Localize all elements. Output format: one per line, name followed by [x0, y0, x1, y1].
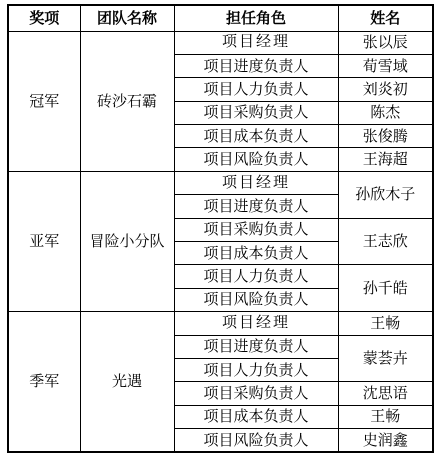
header-cell: 奖项: [8, 5, 80, 31]
table-header: 奖项团队名称担任角色姓名: [8, 5, 433, 31]
name-cell: 孙千皓: [338, 265, 433, 312]
role-cell: 项目成本负责人: [174, 125, 338, 148]
table-row: 季军光遇项目经理王畅: [8, 312, 433, 335]
award-cell: 亚军: [8, 171, 80, 311]
role-cell: 项目人力负责人: [174, 265, 338, 288]
role-cell: 项目成本负责人: [174, 242, 338, 265]
role-cell: 项目进度负责人: [174, 335, 338, 358]
role-cell: 项目人力负责人: [174, 78, 338, 101]
name-cell: 沈思语: [338, 382, 433, 405]
awards-table: 奖项团队名称担任角色姓名 冠军砖沙石霸项目经理张以辰项目进度负责人荀雪域项目人力…: [7, 4, 434, 453]
name-cell: 孙欣木子: [338, 171, 433, 218]
table-body: 冠军砖沙石霸项目经理张以辰项目进度负责人荀雪域项目人力负责人刘炎初项目采购负责人…: [8, 31, 433, 452]
name-cell: 蒙荟卉: [338, 335, 433, 382]
role-cell: 项目人力负责人: [174, 358, 338, 381]
table-row: 冠军砖沙石霸项目经理张以辰: [8, 31, 433, 54]
role-cell: 项目风险负责人: [174, 148, 338, 171]
role-cell-manager: 项目经理: [174, 312, 338, 335]
name-cell: 陈杰: [338, 101, 433, 124]
table-row: 亚军冒险小分队项目经理孙欣木子: [8, 171, 433, 194]
name-cell: 王畅: [338, 312, 433, 335]
header-cell: 担任角色: [174, 5, 338, 31]
team-cell: 砖沙石霸: [80, 31, 174, 171]
award-cell: 冠军: [8, 31, 80, 171]
team-cell: 冒险小分队: [80, 171, 174, 311]
name-cell: 王畅: [338, 405, 433, 428]
role-cell-manager: 项目经理: [174, 31, 338, 54]
role-cell: 项目进度负责人: [174, 195, 338, 218]
role-cell: 项目采购负责人: [174, 101, 338, 124]
name-cell: 王志欣: [338, 218, 433, 265]
team-cell: 光遇: [80, 312, 174, 452]
name-cell: 刘炎初: [338, 78, 433, 101]
role-cell-manager: 项目经理: [174, 171, 338, 194]
role-cell: 项目进度负责人: [174, 54, 338, 77]
role-cell: 项目风险负责人: [174, 288, 338, 311]
award-cell: 季军: [8, 312, 80, 452]
role-cell: 项目采购负责人: [174, 382, 338, 405]
role-cell: 项目风险负责人: [174, 429, 338, 452]
name-cell: 王海超: [338, 148, 433, 171]
header-cell: 姓名: [338, 5, 433, 31]
name-cell: 史润鑫: [338, 429, 433, 452]
name-cell: 荀雪域: [338, 54, 433, 77]
header-cell: 团队名称: [80, 5, 174, 31]
name-cell: 张以辰: [338, 31, 433, 54]
header-row: 奖项团队名称担任角色姓名: [8, 5, 433, 31]
page-background: 奖项团队名称担任角色姓名 冠军砖沙石霸项目经理张以辰项目进度负责人荀雪域项目人力…: [0, 0, 440, 459]
name-cell: 张俊腾: [338, 125, 433, 148]
role-cell: 项目采购负责人: [174, 218, 338, 241]
role-cell: 项目成本负责人: [174, 405, 338, 428]
